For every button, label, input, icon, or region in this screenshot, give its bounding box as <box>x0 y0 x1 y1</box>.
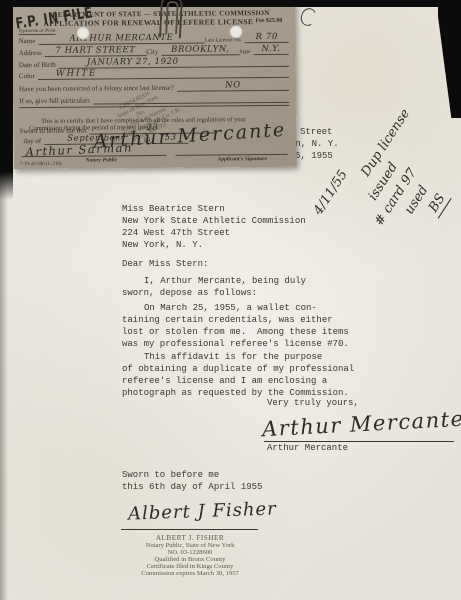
body-line: of obtaining a duplicate of my professio… <box>122 364 354 376</box>
body-line: This affidavit is for the purpose <box>144 352 322 364</box>
stamp-line: NO. 03-1228600 <box>100 549 280 556</box>
body-line: taining certain credentials, was either <box>122 315 333 327</box>
name-label: Name <box>19 37 39 45</box>
card-applicant-label: Applicant's Signature <box>218 156 267 162</box>
card-fee: Fee $25.00 <box>255 18 282 24</box>
city-label: City <box>146 48 161 56</box>
return-address-fragment: yn, N. Y. <box>290 139 339 151</box>
card-header-line2: APPLICATION FOR RENEWAL OF REFEREE LICEN… <box>42 17 254 28</box>
paperclip-icon <box>165 1 179 35</box>
closing: Very truly yours, <box>267 398 359 410</box>
scanned-affidavit-document: Street yn, N. Y. 6, 1955 4/11/55 Dup lic… <box>0 0 461 600</box>
body-line: was my professional referee's license #7… <box>122 339 349 351</box>
card-color-row: Color WHITE <box>19 66 289 80</box>
state-value: N.Y. <box>253 44 288 55</box>
stamp-line: Notary Public, State of New York <box>100 542 280 549</box>
address-label: Address <box>19 49 45 57</box>
stamp-line: Qualified in Bronx County <box>100 556 280 563</box>
body-line: referee's license and I am enclosing a <box>122 376 327 388</box>
city-value: BROOKLYN, <box>161 44 239 56</box>
notary-rubber-stamp: ALBERT J. FISHER Notary Public, State of… <box>100 535 280 578</box>
return-address-fragment: 6, 1955 <box>295 151 333 163</box>
scan-edge-top <box>0 0 461 7</box>
recipient-line: 224 West 47th Street <box>122 228 230 240</box>
color-value: WHITE <box>38 67 289 80</box>
stamp-line: Commission expires March 30, 1957 <box>100 570 280 577</box>
return-address-fragment: Street <box>300 127 332 139</box>
punch-hole-icon <box>76 27 89 40</box>
salutation: Dear Miss Stern: <box>122 259 208 271</box>
stamp-line: Certificate filed in Kings County <box>100 563 280 570</box>
scan-edge-left <box>0 0 13 200</box>
jurat-line: Sworn to before me <box>122 470 219 482</box>
recipient-line: New York State Athletic Commission <box>122 216 306 228</box>
notary-signature-underline <box>121 529 258 530</box>
body-line: sworn, depose as follows: <box>122 288 257 300</box>
color-label: Color <box>19 72 38 80</box>
signature-underline <box>264 441 454 442</box>
recipient-line: New York, N. Y. <box>122 240 203 252</box>
body-line: lost or stolen from me. Among these item… <box>122 327 349 339</box>
address-value: 7 HART STREET <box>45 45 147 57</box>
card-form-number: 7-19-43-500 (L-210) <box>20 162 62 167</box>
body-line: On March 25, 1955, a wallet con- <box>144 303 317 315</box>
applicant-signature-typed: Arthur Mercante <box>267 443 348 455</box>
punch-hole-icon <box>229 25 242 38</box>
applicant-signature-line <box>176 143 288 156</box>
body-line: I, Arthur Mercante, being duly <box>144 276 306 288</box>
referee-license-renewal-card: F.P. IN FILE DEPARTMENT OF STATE — STATE… <box>12 3 296 169</box>
stamp-line: ALBERT J. FISHER <box>100 535 280 542</box>
jurat-line: this 6th day of April 1955 <box>122 482 262 494</box>
recipient-line: Miss Beatrice Stern <box>122 204 225 216</box>
license-value: R 70 <box>245 32 289 43</box>
